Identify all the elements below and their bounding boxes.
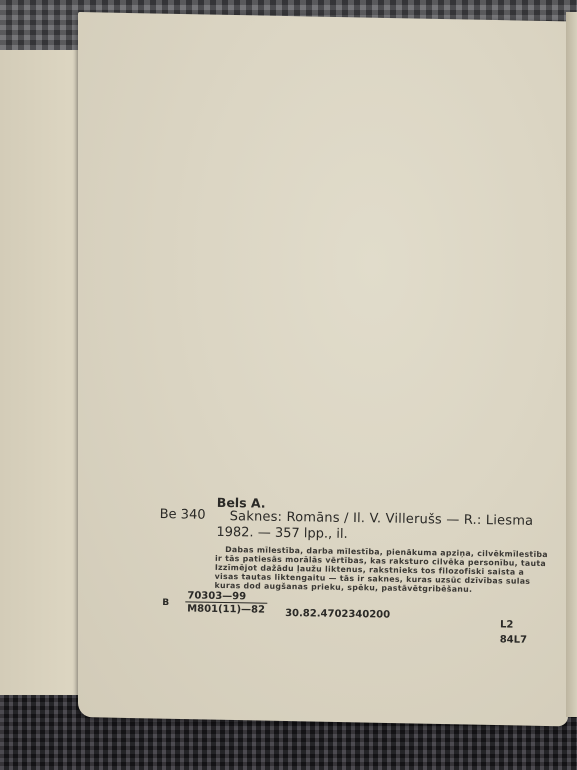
call-number: Be 340 [160, 507, 206, 523]
catalog-fraction: 70303—99 M801(11)—82 [185, 590, 267, 615]
classification-code: 30.82.4702340200 [285, 608, 390, 621]
page-edge-right [566, 12, 577, 717]
fraction-denominator: M801(11)—82 [185, 602, 267, 615]
index-letter: B [162, 598, 169, 608]
annotation: Dabas mīlestība, darba mīlestība, pienāk… [215, 545, 576, 596]
corner-codes: L2 84L7 [500, 617, 528, 647]
publication-line: 1982. — 357 lpp., il. [216, 525, 348, 542]
corner-code: L2 [500, 617, 527, 632]
corner-code: 84L7 [500, 632, 527, 647]
